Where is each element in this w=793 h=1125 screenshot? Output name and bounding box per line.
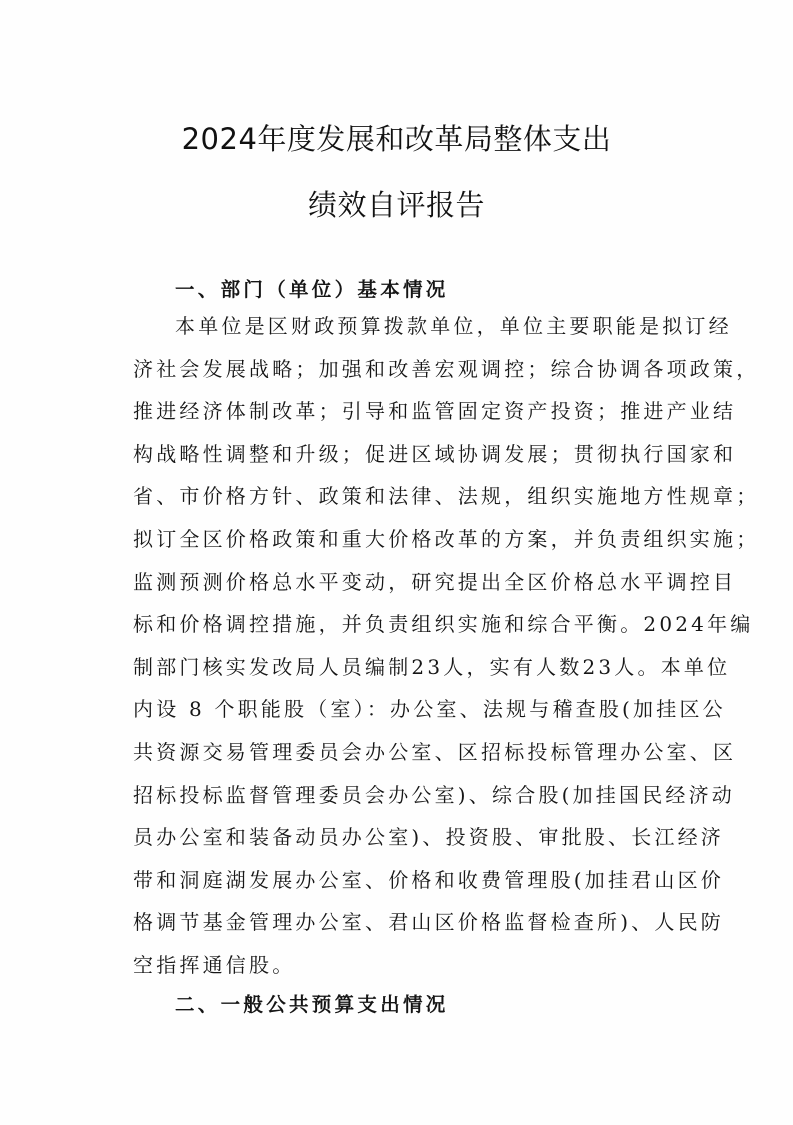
paragraph-line: 内设 8 个职能股（室）：办公室、法规与稽查股(加挂区公: [133, 688, 663, 731]
paragraph-line: 构战略性调整和升级；促进区域协调发展；贯彻执行国家和: [133, 433, 663, 476]
paragraph-line: 格调节基金管理办公室、君山区价格监督检查所)、人民防: [133, 901, 663, 944]
document-page: 2024年度发展和改革局整体支出 绩效自评报告 一、部门（单位）基本情况 本单位…: [0, 0, 793, 1125]
paragraph-line: 拟订全区价格政策和重大价格改革的方案，并负责组织实施；: [133, 518, 663, 561]
paragraph-line: 济社会发展战略；加强和改善宏观调控；综合协调各项政策，: [133, 348, 663, 391]
paragraph-line: 带和洞庭湖发展办公室、价格和收费管理股(加挂君山区价: [133, 859, 663, 902]
paragraph-line: 推进经济体制改革；引导和监管固定资产投资；推进产业结: [133, 390, 663, 433]
paragraph-line: 标和价格调控措施，并负责组织实施和综合平衡。2024年编: [133, 603, 663, 646]
document-title-line-2: 绩效自评报告: [0, 183, 793, 224]
paragraph-line: 省、市价格方针、政策和法律、法规，组织实施地方性规章；: [133, 475, 663, 518]
paragraph-line: 员办公室和装备动员办公室)、投资股、审批股、长江经济: [133, 816, 663, 859]
paragraph-line: 招标投标监督管理委员会办公室)、综合股(加挂国民经济动: [133, 774, 663, 817]
section-heading-general-budget: 二、一般公共预算支出情况: [175, 989, 449, 1017]
document-title-line-1: 2024年度发展和改革局整体支出: [0, 117, 793, 158]
section-heading-basic-info: 一、部门（单位）基本情况: [175, 274, 449, 302]
paragraph-line: 本单位是区财政预算拨款单位，单位主要职能是拟订经: [133, 305, 663, 348]
paragraph-line: 空指挥通信股。: [133, 944, 663, 987]
paragraph-line: 监测预测价格总水平变动，研究提出全区价格总水平调控目: [133, 561, 663, 604]
paragraph-line: 共资源交易管理委员会办公室、区招标投标管理办公室、区: [133, 731, 663, 774]
section-basic-info-paragraph: 本单位是区财政预算拨款单位，单位主要职能是拟订经 济社会发展战略；加强和改善宏观…: [133, 305, 663, 987]
paragraph-line: 制部门核实发改局人员编制23人，实有人数23人。本单位: [133, 646, 663, 689]
